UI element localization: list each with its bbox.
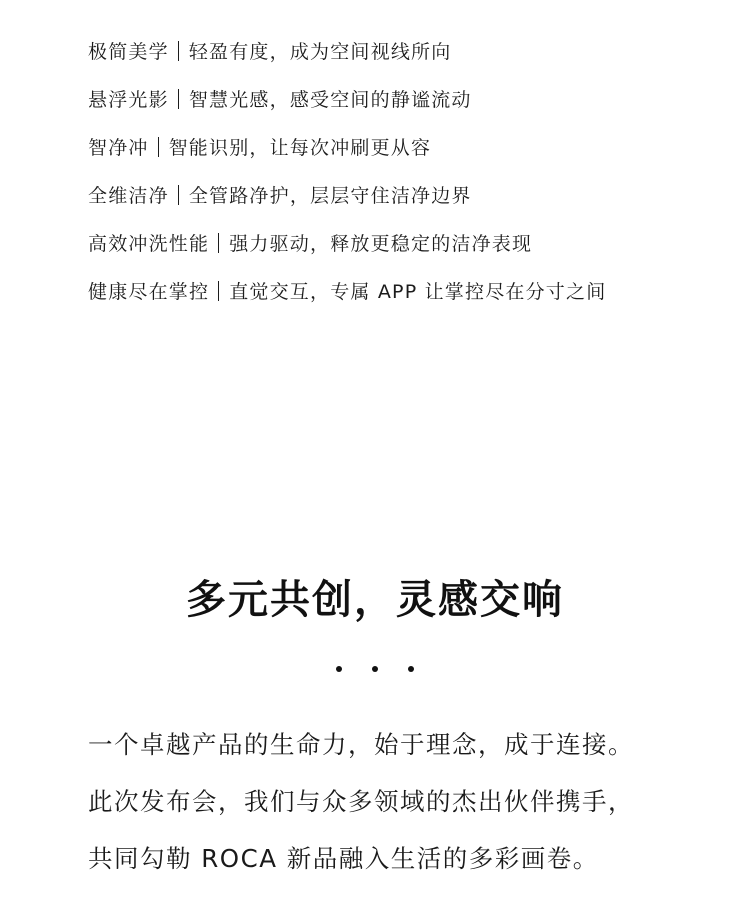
feature-desc: 轻盈有度，成为空间视线所向 [189, 41, 452, 63]
separator-bar [218, 233, 219, 253]
feature-desc: 直觉交互，专属 APP 让掌控尽在分寸之间 [229, 281, 606, 303]
separator-bar [218, 281, 219, 301]
intro-paragraph: 一个卓越产品的生命力，始于理念，成于连接。 此次发布会，我们与众多领域的杰出伙伴… [88, 716, 728, 887]
feature-desc: 智能识别，让每次冲刷更从容 [169, 137, 432, 159]
feature-item-health-control: 健康尽在掌控直觉交互，专属 APP 让掌控尽在分寸之间 [88, 276, 728, 324]
feature-title: 高效冲洗性能 [88, 233, 209, 255]
feature-title: 悬浮光影 [88, 89, 169, 111]
feature-list: 极简美学轻盈有度，成为空间视线所向 悬浮光影智慧光感，感受空间的静谧流动 智净冲… [88, 36, 728, 324]
feature-title: 智净冲 [88, 137, 149, 159]
separator-bar [158, 137, 159, 157]
dot-icon [336, 666, 342, 672]
intro-line: 一个卓越产品的生命力，始于理念，成于连接。 [88, 716, 728, 773]
separator-bar [178, 185, 179, 205]
intro-line: 共同勾勒 ROCA 新品融入生活的多彩画卷。 [88, 830, 728, 887]
separator-bar [178, 89, 179, 109]
dot-icon [372, 666, 378, 672]
feature-item-minimalist: 极简美学轻盈有度，成为空间视线所向 [88, 36, 728, 84]
three-dots-icon [0, 666, 750, 672]
feature-desc: 智慧光感，感受空间的静谧流动 [189, 89, 472, 111]
feature-title: 全维洁净 [88, 185, 169, 207]
feature-title: 极简美学 [88, 41, 169, 63]
feature-desc: 全管路净护，层层守住洁净边界 [189, 185, 472, 207]
section-title: 多元共创，灵感交响 [0, 571, 750, 629]
feature-desc: 强力驱动，释放更稳定的洁净表现 [229, 233, 532, 255]
dot-icon [408, 666, 414, 672]
feature-item-smart-flush: 智净冲智能识别，让每次冲刷更从容 [88, 132, 728, 180]
feature-item-flush-performance: 高效冲洗性能强力驱动，释放更稳定的洁净表现 [88, 228, 728, 276]
intro-line: 此次发布会，我们与众多领域的杰出伙伴携手， [88, 773, 728, 830]
separator-bar [178, 41, 179, 61]
feature-item-floating-light: 悬浮光影智慧光感，感受空间的静谧流动 [88, 84, 728, 132]
feature-title: 健康尽在掌控 [88, 281, 209, 303]
feature-item-full-clean: 全维洁净全管路净护，层层守住洁净边界 [88, 180, 728, 228]
